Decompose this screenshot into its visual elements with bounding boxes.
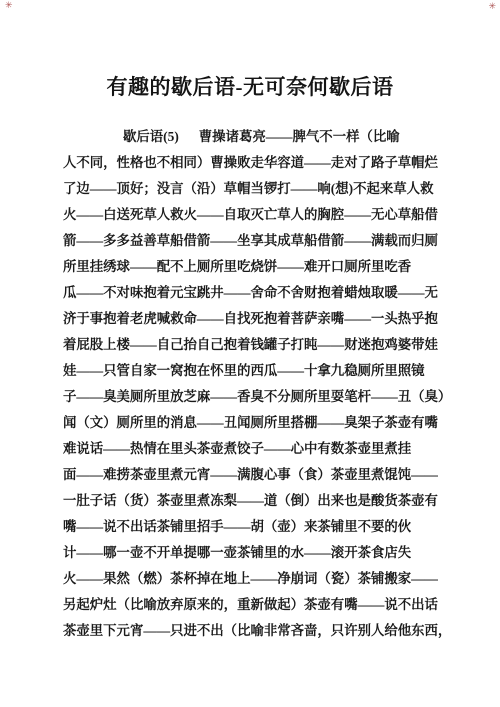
text-line: 着屁股上楼——自己抬自己抱着钱罐子打盹——财迷抱鸡婆带娃 <box>63 332 441 358</box>
page-title: 有趣的歇后语-无可奈何歇后语 <box>0 72 500 102</box>
text-line: 箭——多多益善草船借箭——坐享其成草船借箭——满载而归厕 <box>63 228 441 254</box>
scan-artifact-icon: ✳ <box>488 3 496 12</box>
text-run: 曹操诸葛亮——脾气不一样（比喻 <box>199 129 400 144</box>
text-line: 子——臭美厕所里放芝麻——香臭不分厕所里耍笔杆——丑（臭） <box>63 384 441 410</box>
text-line: 歇后语(5)曹操诸葛亮——脾气不一样（比喻 <box>63 124 441 150</box>
text-line: 娃——只管自家一窝抱在怀里的西瓜——十拿九稳厕所里照镜 <box>63 358 441 384</box>
text-line: 闻（文）厕所里的消息——丑闻厕所里搭棚——臭架子茶壶有嘴 <box>63 410 441 436</box>
section-label: 歇后语(5) <box>123 129 179 144</box>
text-line: 难说话——热情在里头茶壶煮饺子——心中有数茶壶里煮挂 <box>63 436 441 462</box>
text-line: 茶壶里下元宵——只进不出（比喻非常吝啬，只许别人给他东西， <box>63 618 441 644</box>
text-line: 火——果然（燃）茶杯掉在地上——净崩词（瓷）茶铺搬家—— <box>63 566 441 592</box>
text-line: 面——难捞茶壶里煮元宵——满腹心事（食）茶壶里煮馄饨—— <box>63 462 441 488</box>
text-line: 人不同，性格也不相同）曹操败走华容道——走对了路子草帽烂 <box>63 150 441 176</box>
text-line: 所里挂绣球——配不上厕所里吃烧饼——难开口厕所里吃香 <box>63 254 441 280</box>
text-line: 济于事抱着老虎喊救命——自找死抱着菩萨亲嘴——一头热乎抱 <box>63 306 441 332</box>
text-line: 火——白送死草人救火——自取灭亡草人的胸腔——无心草船借 <box>63 202 441 228</box>
text-line: 计——哪一壶不开单提哪一壶茶铺里的水——滚开茶食店失 <box>63 540 441 566</box>
text-line: 另起炉灶（比喻放弃原来的，重新做起）茶壶有嘴——说不出话 <box>63 592 441 618</box>
text-line: 嘴——说不出话茶铺里招手——胡（壶）来茶铺里不要的伙 <box>63 514 441 540</box>
scan-artifact-icon: ✳ <box>5 2 13 11</box>
document-page: ✳ ✳ 有趣的歇后语-无可奈何歇后语 歇后语(5)曹操诸葛亮——脾气不一样（比喻… <box>0 0 500 707</box>
text-line: 一肚子话（货）茶壶里煮冻梨——道（倒）出来也是酸货茶壶有 <box>63 488 441 514</box>
text-line: 瓜——不对味抱着元宝跳井——舍命不舍财抱着蜡烛取暖——无 <box>63 280 441 306</box>
text-line: 了边——顶好；没言（沿）草帽当锣打——响(想)不起来草人救 <box>63 176 441 202</box>
body-text: 歇后语(5)曹操诸葛亮——脾气不一样（比喻 人不同，性格也不相同）曹操败走华容道… <box>63 124 441 644</box>
